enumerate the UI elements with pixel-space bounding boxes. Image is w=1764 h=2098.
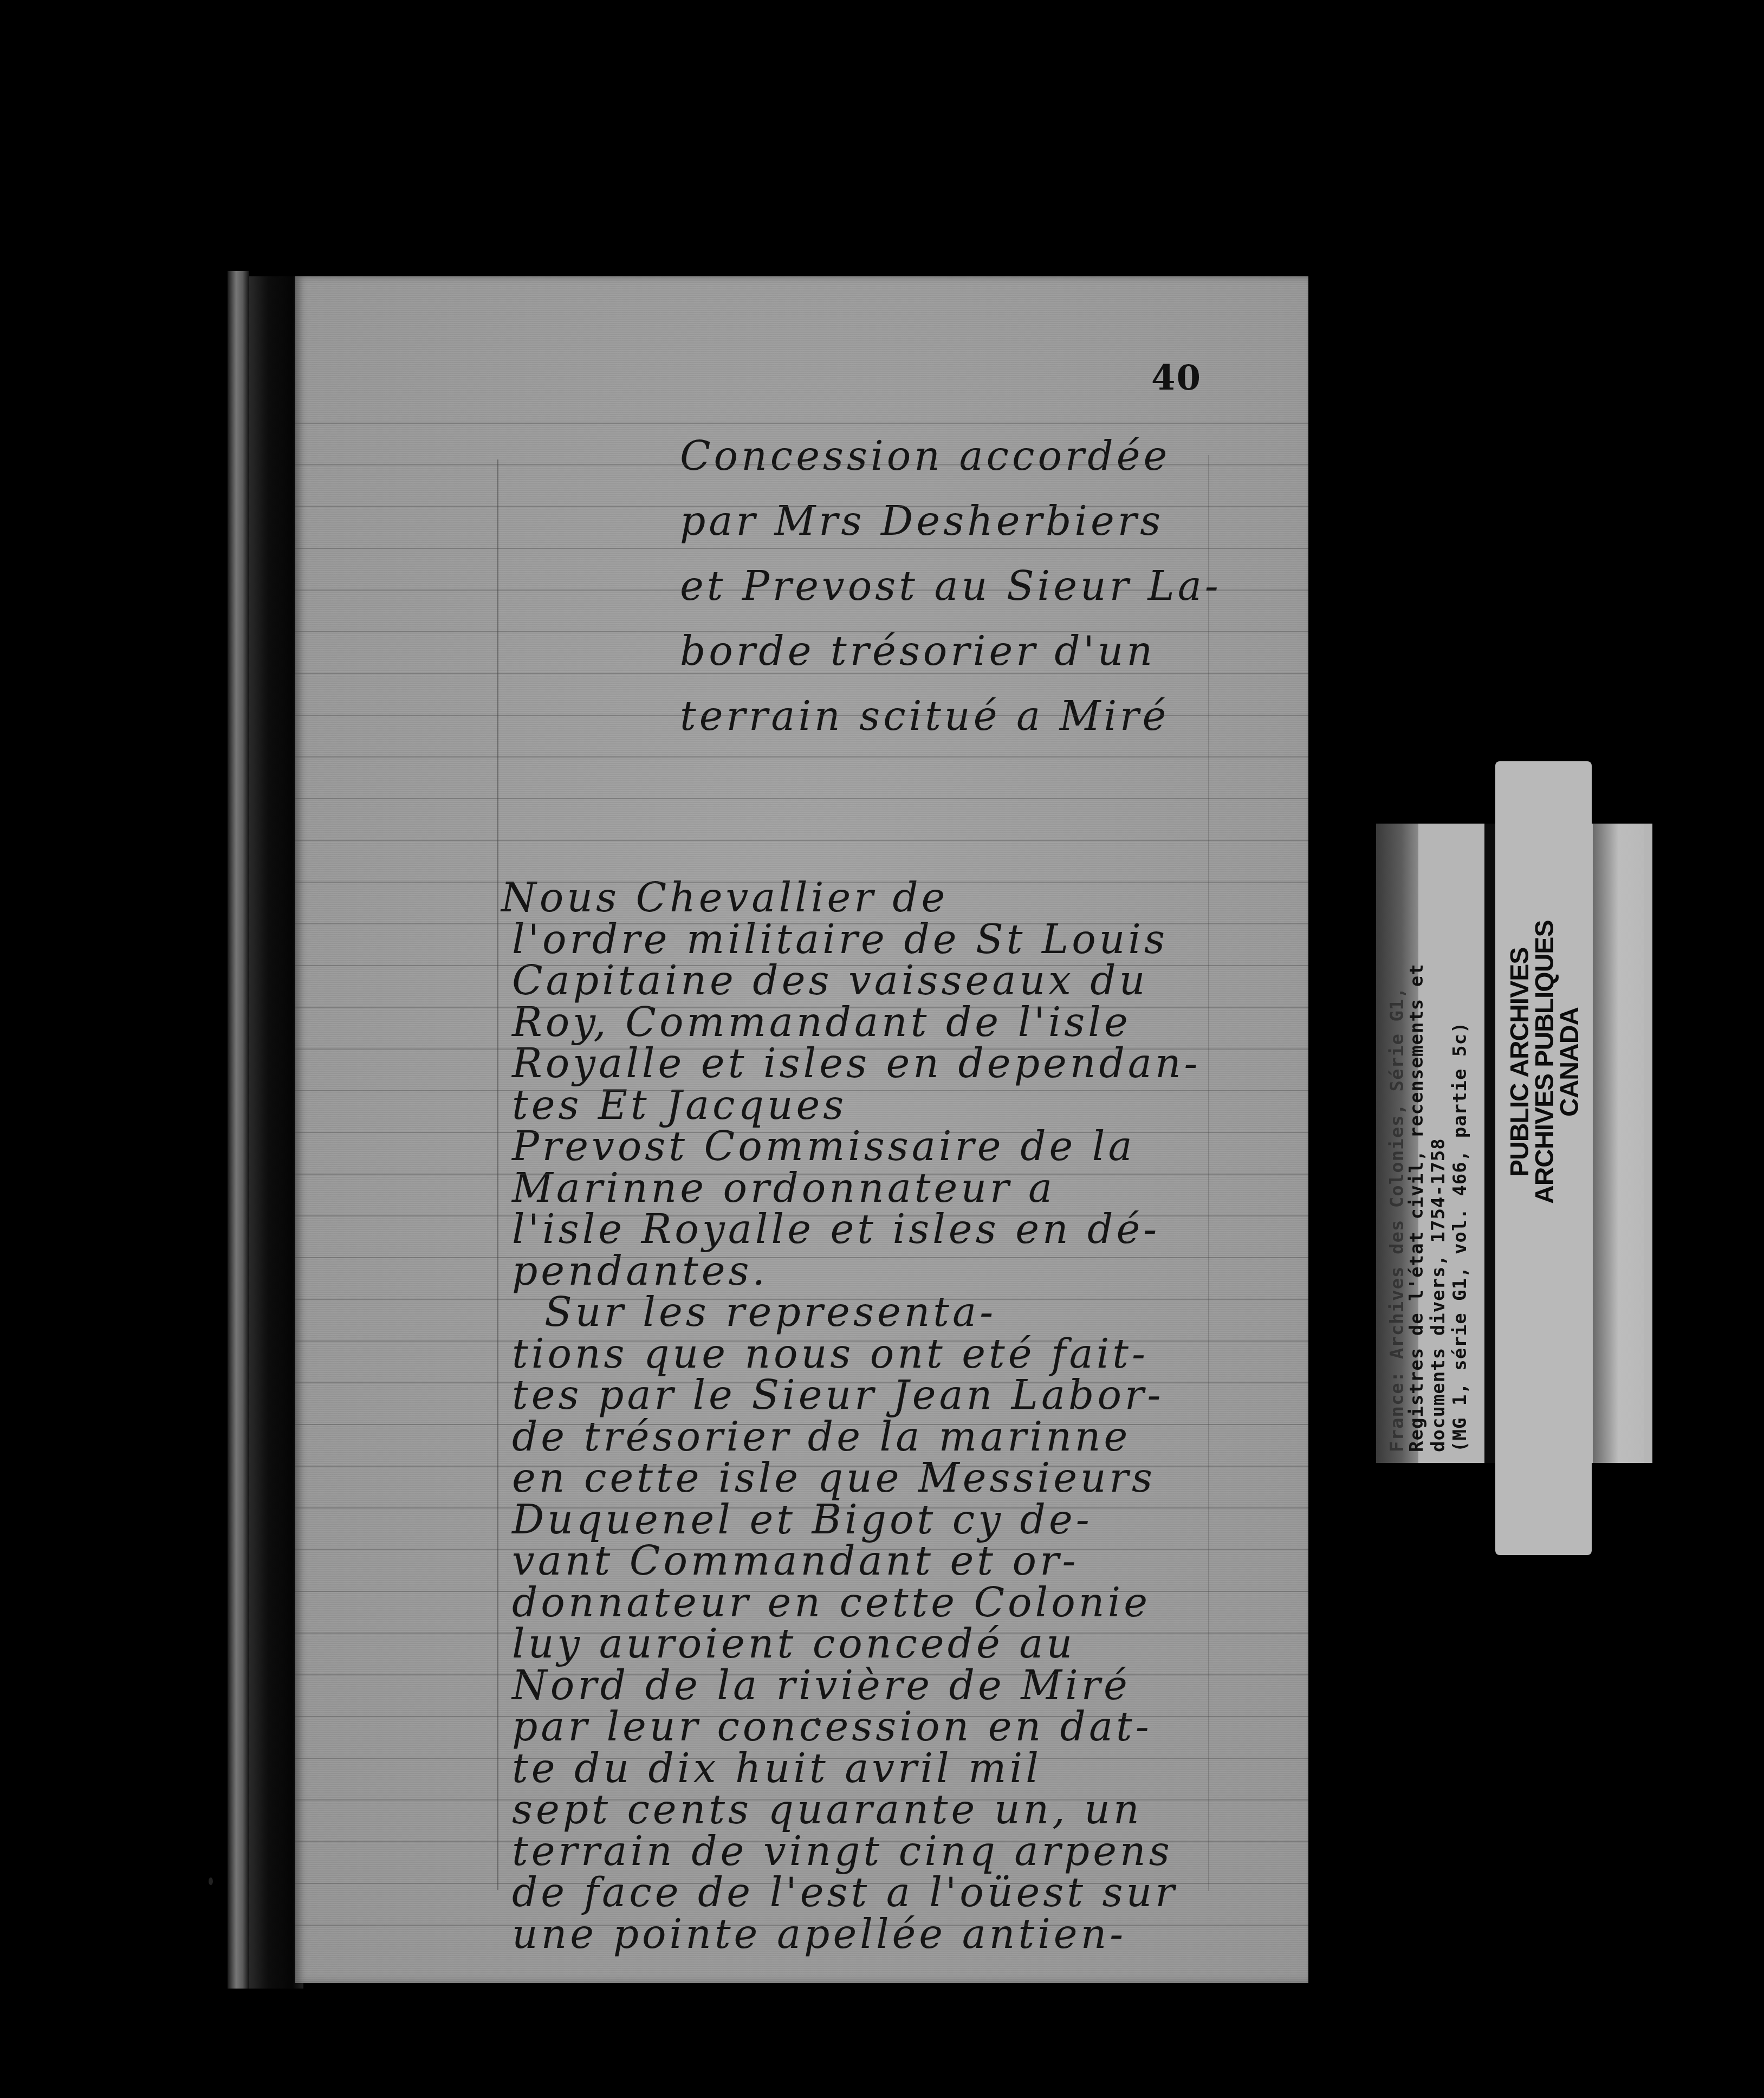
body-line: Roy, Commandant de l'isle (512, 1002, 1131, 1042)
ruled-line (295, 1507, 1308, 1508)
ruled-line (295, 1591, 1308, 1592)
ink-speck (815, 1718, 820, 1725)
body-line: de trésorier de la marinne (512, 1417, 1131, 1457)
ruled-line (295, 506, 1308, 507)
body-line: donnateur en cette Colonie (512, 1583, 1151, 1623)
card-divider-gap (1484, 824, 1496, 1463)
title-line: borde trésorier d'un (680, 631, 1156, 671)
body-line: Nord de la rivière de Miré (512, 1666, 1131, 1706)
ruled-line (295, 1299, 1308, 1300)
ruled-line (295, 1132, 1308, 1133)
ruled-line (295, 1048, 1308, 1050)
ruled-line (295, 1925, 1308, 1926)
ruled-line (295, 882, 1308, 883)
ruled-line (295, 464, 1308, 465)
ruled-line (295, 590, 1308, 591)
title-line: terrain scitué a Miré (680, 696, 1169, 736)
body-line: te du dix huit avril mil (512, 1749, 1042, 1789)
ruled-line (295, 1090, 1308, 1091)
ruled-line (295, 1841, 1308, 1842)
ruled-line (295, 1883, 1308, 1884)
body-line: Capitaine des vaisseaux du (512, 961, 1148, 1001)
ruled-line (295, 423, 1308, 424)
ruled-line (295, 756, 1308, 757)
archive-description-line-1: Registres de l'état civil, recensements … (1408, 963, 1426, 1452)
ruled-line (295, 840, 1308, 841)
ruled-line (295, 1758, 1308, 1759)
stamp-archives-publiques: ARCHIVES PUBLIQUES (1532, 920, 1558, 1203)
right-margin-rule (1208, 455, 1209, 1891)
stamp-public-archives: PUBLIC ARCHIVES (1507, 947, 1533, 1176)
ruled-line (295, 1716, 1308, 1717)
body-line: l'ordre militaire de St Louis (512, 920, 1168, 960)
ruled-line (295, 1382, 1308, 1383)
body-line: Royalle et isles en dependan- (512, 1044, 1201, 1084)
ruled-line (295, 1633, 1308, 1634)
ruled-line (295, 1174, 1308, 1175)
body-line: tes par le Sieur Jean Labor- (512, 1375, 1164, 1415)
book-binding-edge (228, 271, 249, 1989)
body-line: terrain de vingt cinq arpens (512, 1831, 1173, 1872)
ruled-line (295, 1799, 1308, 1801)
ruled-line (295, 1341, 1308, 1342)
body-line: en cette isle que Messieurs (512, 1458, 1156, 1498)
ruled-line (295, 1549, 1308, 1550)
ruled-line (295, 1466, 1308, 1467)
ruled-line (295, 1215, 1308, 1216)
body-line: luy auroient concedé au (512, 1624, 1075, 1664)
body-line: de face de l'est a l'oüest sur (512, 1873, 1178, 1913)
ruled-line (295, 1674, 1308, 1675)
body-line: Nous Chevallier de (501, 878, 948, 918)
title-line: Concession accordée (680, 436, 1170, 476)
ink-speck (209, 1877, 213, 1885)
body-line: une pointe apellée antien- (512, 1914, 1126, 1954)
title-line: et Prevost au Sieur La- (680, 566, 1222, 606)
ruled-line (295, 1007, 1308, 1008)
ruled-line (295, 631, 1308, 632)
archive-source-line: France: Archives des Colonies, Série G1, (1388, 987, 1406, 1452)
ruled-line (295, 798, 1308, 799)
archive-description-line-2: documents divers, 1754-1758 (1429, 1138, 1448, 1452)
body-line: par leur concession en dat- (512, 1707, 1152, 1747)
ruled-line (295, 1424, 1308, 1425)
ruled-line (295, 673, 1308, 674)
body-line: Duquenel et Bigot cy de- (512, 1500, 1093, 1540)
body-line: vant Commandant et or- (512, 1541, 1079, 1581)
ruled-line (295, 965, 1308, 966)
ruled-line (295, 1257, 1308, 1258)
title-line: par Mrs Desherbiers (680, 501, 1164, 541)
folio-number: 40 (1151, 358, 1202, 398)
body-line: tions que nous ont eté fait- (512, 1334, 1149, 1374)
ruled-line (295, 548, 1308, 549)
archive-card-edge (1593, 824, 1644, 1463)
manuscript-page: 40 Concession accordéepar Mrs Desherbier… (295, 276, 1308, 1983)
ruled-line (295, 715, 1308, 716)
stamp-canada: CANADA (1557, 1007, 1583, 1117)
left-margin-rule (497, 459, 498, 1890)
archive-description-line-3: (MG 1, série G1, vol. 466, partie 5c) (1451, 1022, 1469, 1452)
body-line: sept cents quarante un, un (512, 1790, 1143, 1830)
ruled-line (295, 923, 1308, 924)
